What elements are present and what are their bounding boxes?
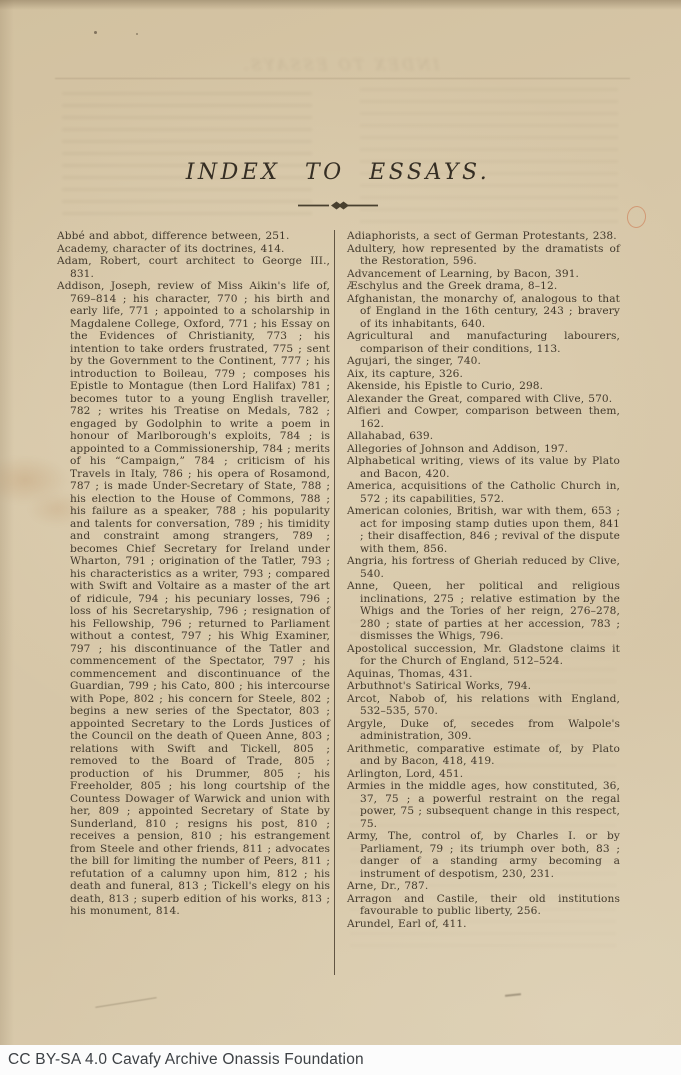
page-title: INDEX TO ESSAYS. [0, 160, 676, 185]
index-entry: Adiaphorists, a sect of German Protestan… [347, 230, 620, 243]
index-entry: Alexander the Great, compared with Clive… [347, 393, 620, 406]
index-entry: Aix, its capture, 326. [347, 368, 620, 381]
pencil-scratch-mark [95, 997, 156, 1008]
index-entry: Afghanistan, the monarchy of, analogous … [347, 293, 620, 331]
index-entry: Armies in the middle ages, how constitut… [347, 780, 620, 830]
index-entry: Advancement of Learning, by Bacon, 391. [347, 268, 620, 281]
paper-speck [94, 31, 97, 34]
page-top-shadow [0, 0, 681, 10]
index-entry: Allegories of Johnson and Addison, 197. [347, 443, 620, 456]
index-entry: Argyle, Duke of, secedes from Walpole's … [347, 718, 620, 743]
index-entry: Arragon and Castile, their old instituti… [347, 893, 620, 918]
index-entry: Addison, Joseph, review of Miss Aikin's … [57, 280, 330, 918]
index-entry: Arlington, Lord, 451. [347, 768, 620, 781]
paper-crease-line [55, 78, 630, 79]
index-entry: Anne, Queen, her political and religious… [347, 580, 620, 643]
license-text: CC BY-SA 4.0 Cavafy Archive Onassis Foun… [0, 1051, 364, 1069]
index-entry: Akenside, his Epistle to Curio, 298. [347, 380, 620, 393]
index-entry: Agricultural and manufacturing labourers… [347, 330, 620, 355]
index-entry: Abbé and abbot, difference between, 251. [57, 230, 330, 243]
index-entry: Æschylus and the Greek drama, 8–12. [347, 280, 620, 293]
index-entry: Agujari, the singer, 740. [347, 355, 620, 368]
bleedthrough-texture [62, 92, 312, 218]
divider-ornament-icon [298, 199, 378, 212]
license-bar: CC BY-SA 4.0 Cavafy Archive Onassis Foun… [0, 1045, 681, 1075]
index-column-right: Adiaphorists, a sect of German Protestan… [347, 230, 620, 930]
index-entry: American colonies, British, war with the… [347, 505, 620, 555]
index-entry: Alfieri and Cowper, comparison between t… [347, 405, 620, 430]
index-entry: Adam, Robert, court architect to George … [57, 255, 330, 280]
bleedthrough-ghost-text: INDEX TO ESSAYS. [150, 56, 530, 74]
index-entry: Apostolical succession, Mr. Gladstone cl… [347, 643, 620, 668]
index-entry: Angria, his fortress of Gheriah reduced … [347, 555, 620, 580]
index-entry: Arundel, Earl of, 411. [347, 918, 620, 931]
index-entry: Army, The, control of, by Charles I. or … [347, 830, 620, 880]
index-entry: Arithmetic, comparative estimate of, by … [347, 743, 620, 768]
handwritten-circle-mark [626, 205, 648, 229]
index-entry: Aquinas, Thomas, 431. [347, 668, 620, 681]
pencil-scratch-mark [505, 993, 521, 997]
index-entry: Arbuthnot's Satirical Works, 794. [347, 680, 620, 693]
column-divider-rule [334, 230, 335, 975]
bleedthrough-texture [360, 88, 618, 228]
index-entry: Academy, character of its doctrines, 414… [57, 243, 330, 256]
paper-speck [136, 33, 138, 35]
index-entry: Allahabad, 639. [347, 430, 620, 443]
index-entry: America, acquisitions of the Catholic Ch… [347, 480, 620, 505]
index-entry: Arne, Dr., 787. [347, 880, 620, 893]
index-entry: Adultery, how represented by the dramati… [347, 243, 620, 268]
index-entry: Arcot, Nabob of, his relations with Engl… [347, 693, 620, 718]
scanned-book-page: INDEX TO ESSAYS. INDEX TO ESSAYS. Abbé a… [0, 0, 681, 1075]
index-entry: Alphabetical writing, views of its value… [347, 455, 620, 480]
index-column-left: Abbé and abbot, difference between, 251.… [57, 230, 330, 918]
